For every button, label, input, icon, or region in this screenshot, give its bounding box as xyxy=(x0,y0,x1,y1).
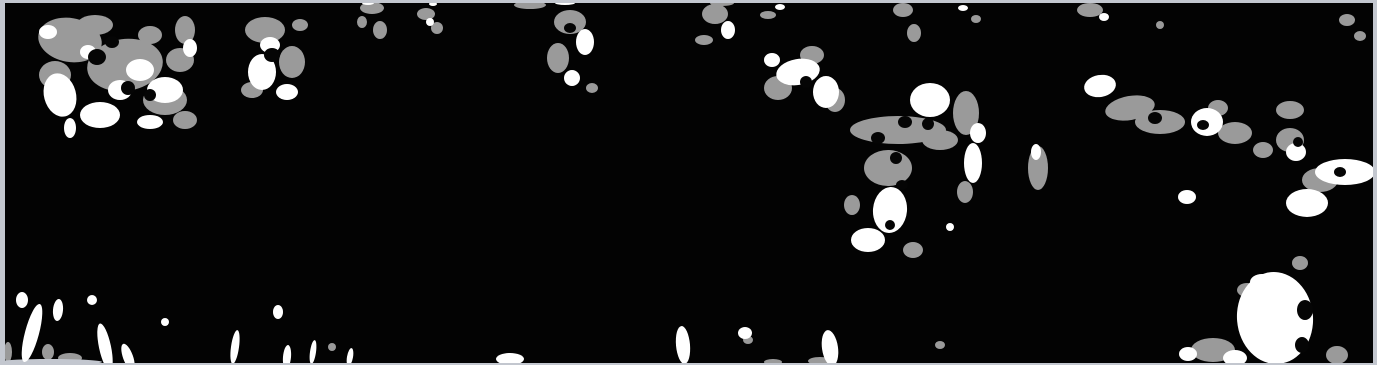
mask-blob xyxy=(702,4,728,24)
mask-blob xyxy=(851,228,885,252)
mask-blob xyxy=(1293,137,1303,147)
mask-blob xyxy=(87,295,97,305)
mask-blob xyxy=(1179,347,1197,361)
mask-blob xyxy=(80,102,120,128)
mask-blob xyxy=(1354,31,1366,41)
mask-blob xyxy=(138,26,162,44)
mask-blob xyxy=(144,89,156,101)
mask-blob xyxy=(126,59,154,81)
mask-blob xyxy=(964,143,982,183)
mask-blob xyxy=(1099,13,1109,21)
mask-blob xyxy=(907,24,921,42)
mask-blob xyxy=(896,180,908,190)
mask-blob xyxy=(893,3,913,17)
mask-blob xyxy=(721,21,735,39)
mask-canvas xyxy=(0,0,1377,365)
mask-blob xyxy=(1031,144,1041,160)
mask-blob xyxy=(957,181,973,203)
mask-blob xyxy=(42,344,54,360)
mask-blob xyxy=(1326,346,1348,364)
mask-blob xyxy=(161,318,169,326)
mask-blob xyxy=(183,39,197,57)
mask-blob xyxy=(1334,167,1346,177)
mask-blob xyxy=(276,84,298,100)
mask-blob xyxy=(971,15,981,23)
mask-blob xyxy=(764,53,780,67)
mask-blob xyxy=(1197,120,1209,130)
mask-blob xyxy=(800,76,812,88)
mask-blob xyxy=(1286,189,1328,217)
mask-blob xyxy=(935,341,945,349)
mask-blob xyxy=(39,25,57,39)
mask-blob xyxy=(357,16,367,28)
mask-blob xyxy=(4,342,12,362)
mask-blob xyxy=(1339,14,1355,26)
mask-blob xyxy=(958,5,968,11)
frame-edge-right xyxy=(1373,0,1377,365)
mask-blob xyxy=(576,29,594,55)
mask-blob xyxy=(1276,101,1304,119)
mask-blob xyxy=(1218,122,1252,144)
mask-blob xyxy=(1253,142,1273,158)
mask-blob xyxy=(871,132,885,144)
mask-blob xyxy=(695,35,713,45)
mask-blob xyxy=(922,118,934,130)
segmentation-mask-figure xyxy=(0,0,1377,365)
mask-blob xyxy=(898,116,912,128)
mask-blob xyxy=(417,8,435,20)
mask-blob xyxy=(137,115,163,129)
mask-blob xyxy=(946,223,954,231)
mask-blob xyxy=(1077,3,1103,17)
mask-blob xyxy=(1297,300,1313,320)
mask-blob xyxy=(775,4,785,10)
frame-edge-top xyxy=(0,0,1377,3)
mask-blob xyxy=(760,11,776,19)
mask-blob xyxy=(373,21,387,39)
mask-blob xyxy=(1292,256,1308,270)
mask-blob xyxy=(547,43,569,73)
mask-blob xyxy=(292,19,308,31)
frame-edge-left xyxy=(0,0,5,365)
mask-blob xyxy=(173,111,197,129)
mask-blob xyxy=(121,81,135,95)
mask-blob xyxy=(813,76,839,108)
mask-blob xyxy=(1178,190,1196,204)
mask-blob xyxy=(264,48,280,62)
mask-blob xyxy=(279,46,305,78)
mask-blob xyxy=(1148,112,1162,124)
mask-blob xyxy=(564,70,580,86)
mask-blob xyxy=(16,292,28,308)
mask-blob xyxy=(903,242,923,258)
mask-blob xyxy=(738,327,752,339)
mask-blob xyxy=(105,36,119,48)
mask-blob xyxy=(910,83,950,117)
mask-blob xyxy=(1250,274,1274,290)
mask-blob xyxy=(426,18,434,26)
mask-blob xyxy=(564,23,576,33)
mask-blob xyxy=(970,123,986,143)
mask-blob xyxy=(890,152,902,164)
mask-blob xyxy=(844,195,860,215)
mask-blob xyxy=(1156,21,1164,29)
mask-blob xyxy=(1295,337,1309,353)
mask-blob xyxy=(885,220,895,230)
mask-blob xyxy=(922,130,958,150)
mask-blob xyxy=(64,118,76,138)
mask-background xyxy=(0,0,1377,365)
mask-blob xyxy=(273,305,283,319)
mask-blob xyxy=(328,343,336,351)
mask-blob xyxy=(586,83,598,93)
mask-blob xyxy=(77,15,113,35)
mask-blob xyxy=(88,49,106,65)
